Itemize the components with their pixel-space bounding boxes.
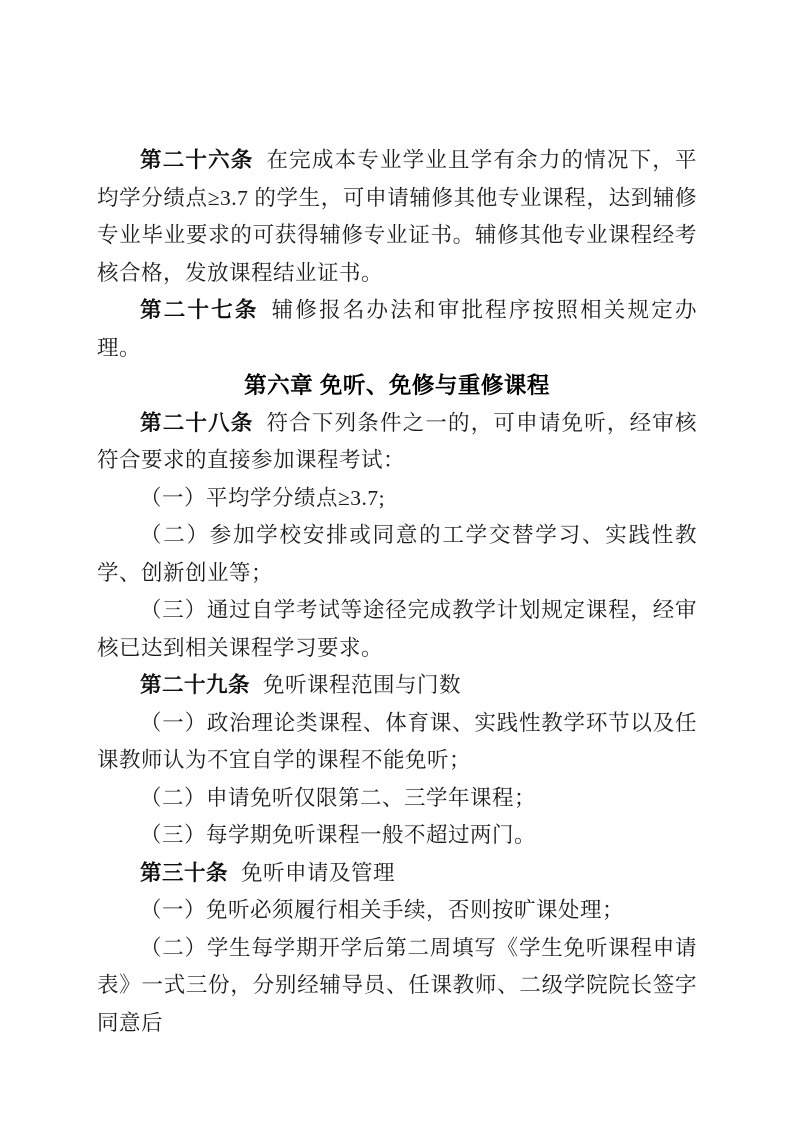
article-30-body: 免听申请及管理: [241, 861, 395, 885]
article-29-number: 第二十九条: [140, 673, 250, 697]
article-29-item-1: （一）政治理论类课程、体育课、实践性教学环节以及任课教师认为不宜自学的课程不能免…: [97, 705, 697, 780]
article-29-item-2: （二）申请免听仅限第二、三学年课程；: [97, 780, 697, 818]
article-30-number: 第三十条: [140, 861, 228, 885]
article-29-paragraph: 第二十九条免听课程范围与门数: [97, 667, 697, 705]
document-text-block: 第二十六条在完成本专业学业且学有余力的情况下，平均学分绩点≥3.7 的学生，可申…: [97, 142, 697, 1042]
article-30-item-2: （二）学生每学期开学后第二周填写《学生免听课程申请表》一式三份，分别经辅导员、任…: [97, 930, 697, 1043]
article-30-item-1: （一）免听必须履行相关手续，否则按旷课处理；: [97, 892, 697, 930]
chapter-6-heading: 第六章 免听、免修与重修课程: [97, 367, 697, 405]
article-26-number: 第二十六条: [140, 148, 253, 172]
article-28-item-2: （二）参加学校安排或同意的工学交替学习、实践性教学、创新创业等；: [97, 517, 697, 592]
article-27-number: 第二十七条: [140, 298, 259, 322]
article-30-paragraph: 第三十条免听申请及管理: [97, 855, 697, 893]
article-29-body: 免听课程范围与门数: [263, 673, 461, 697]
article-28-paragraph: 第二十八条符合下列条件之一的，可申请免听，经审核符合要求的直接参加课程考试：: [97, 405, 697, 480]
article-28-number: 第二十八条: [140, 411, 253, 435]
article-29-item-3: （三）每学期免听课程一般不超过两门。: [97, 817, 697, 855]
document-page: 第二十六条在完成本专业学业且学有余力的情况下，平均学分绩点≥3.7 的学生，可申…: [0, 0, 794, 1122]
article-28-item-3: （三）通过自学考试等途径完成教学计划规定课程，经审核已达到相关课程学习要求。: [97, 592, 697, 667]
article-26-paragraph: 第二十六条在完成本专业学业且学有余力的情况下，平均学分绩点≥3.7 的学生，可申…: [97, 142, 697, 292]
article-27-paragraph: 第二十七条辅修报名办法和审批程序按照相关规定办理。: [97, 292, 697, 367]
article-28-item-1: （一）平均学分绩点≥3.7;: [97, 480, 697, 518]
